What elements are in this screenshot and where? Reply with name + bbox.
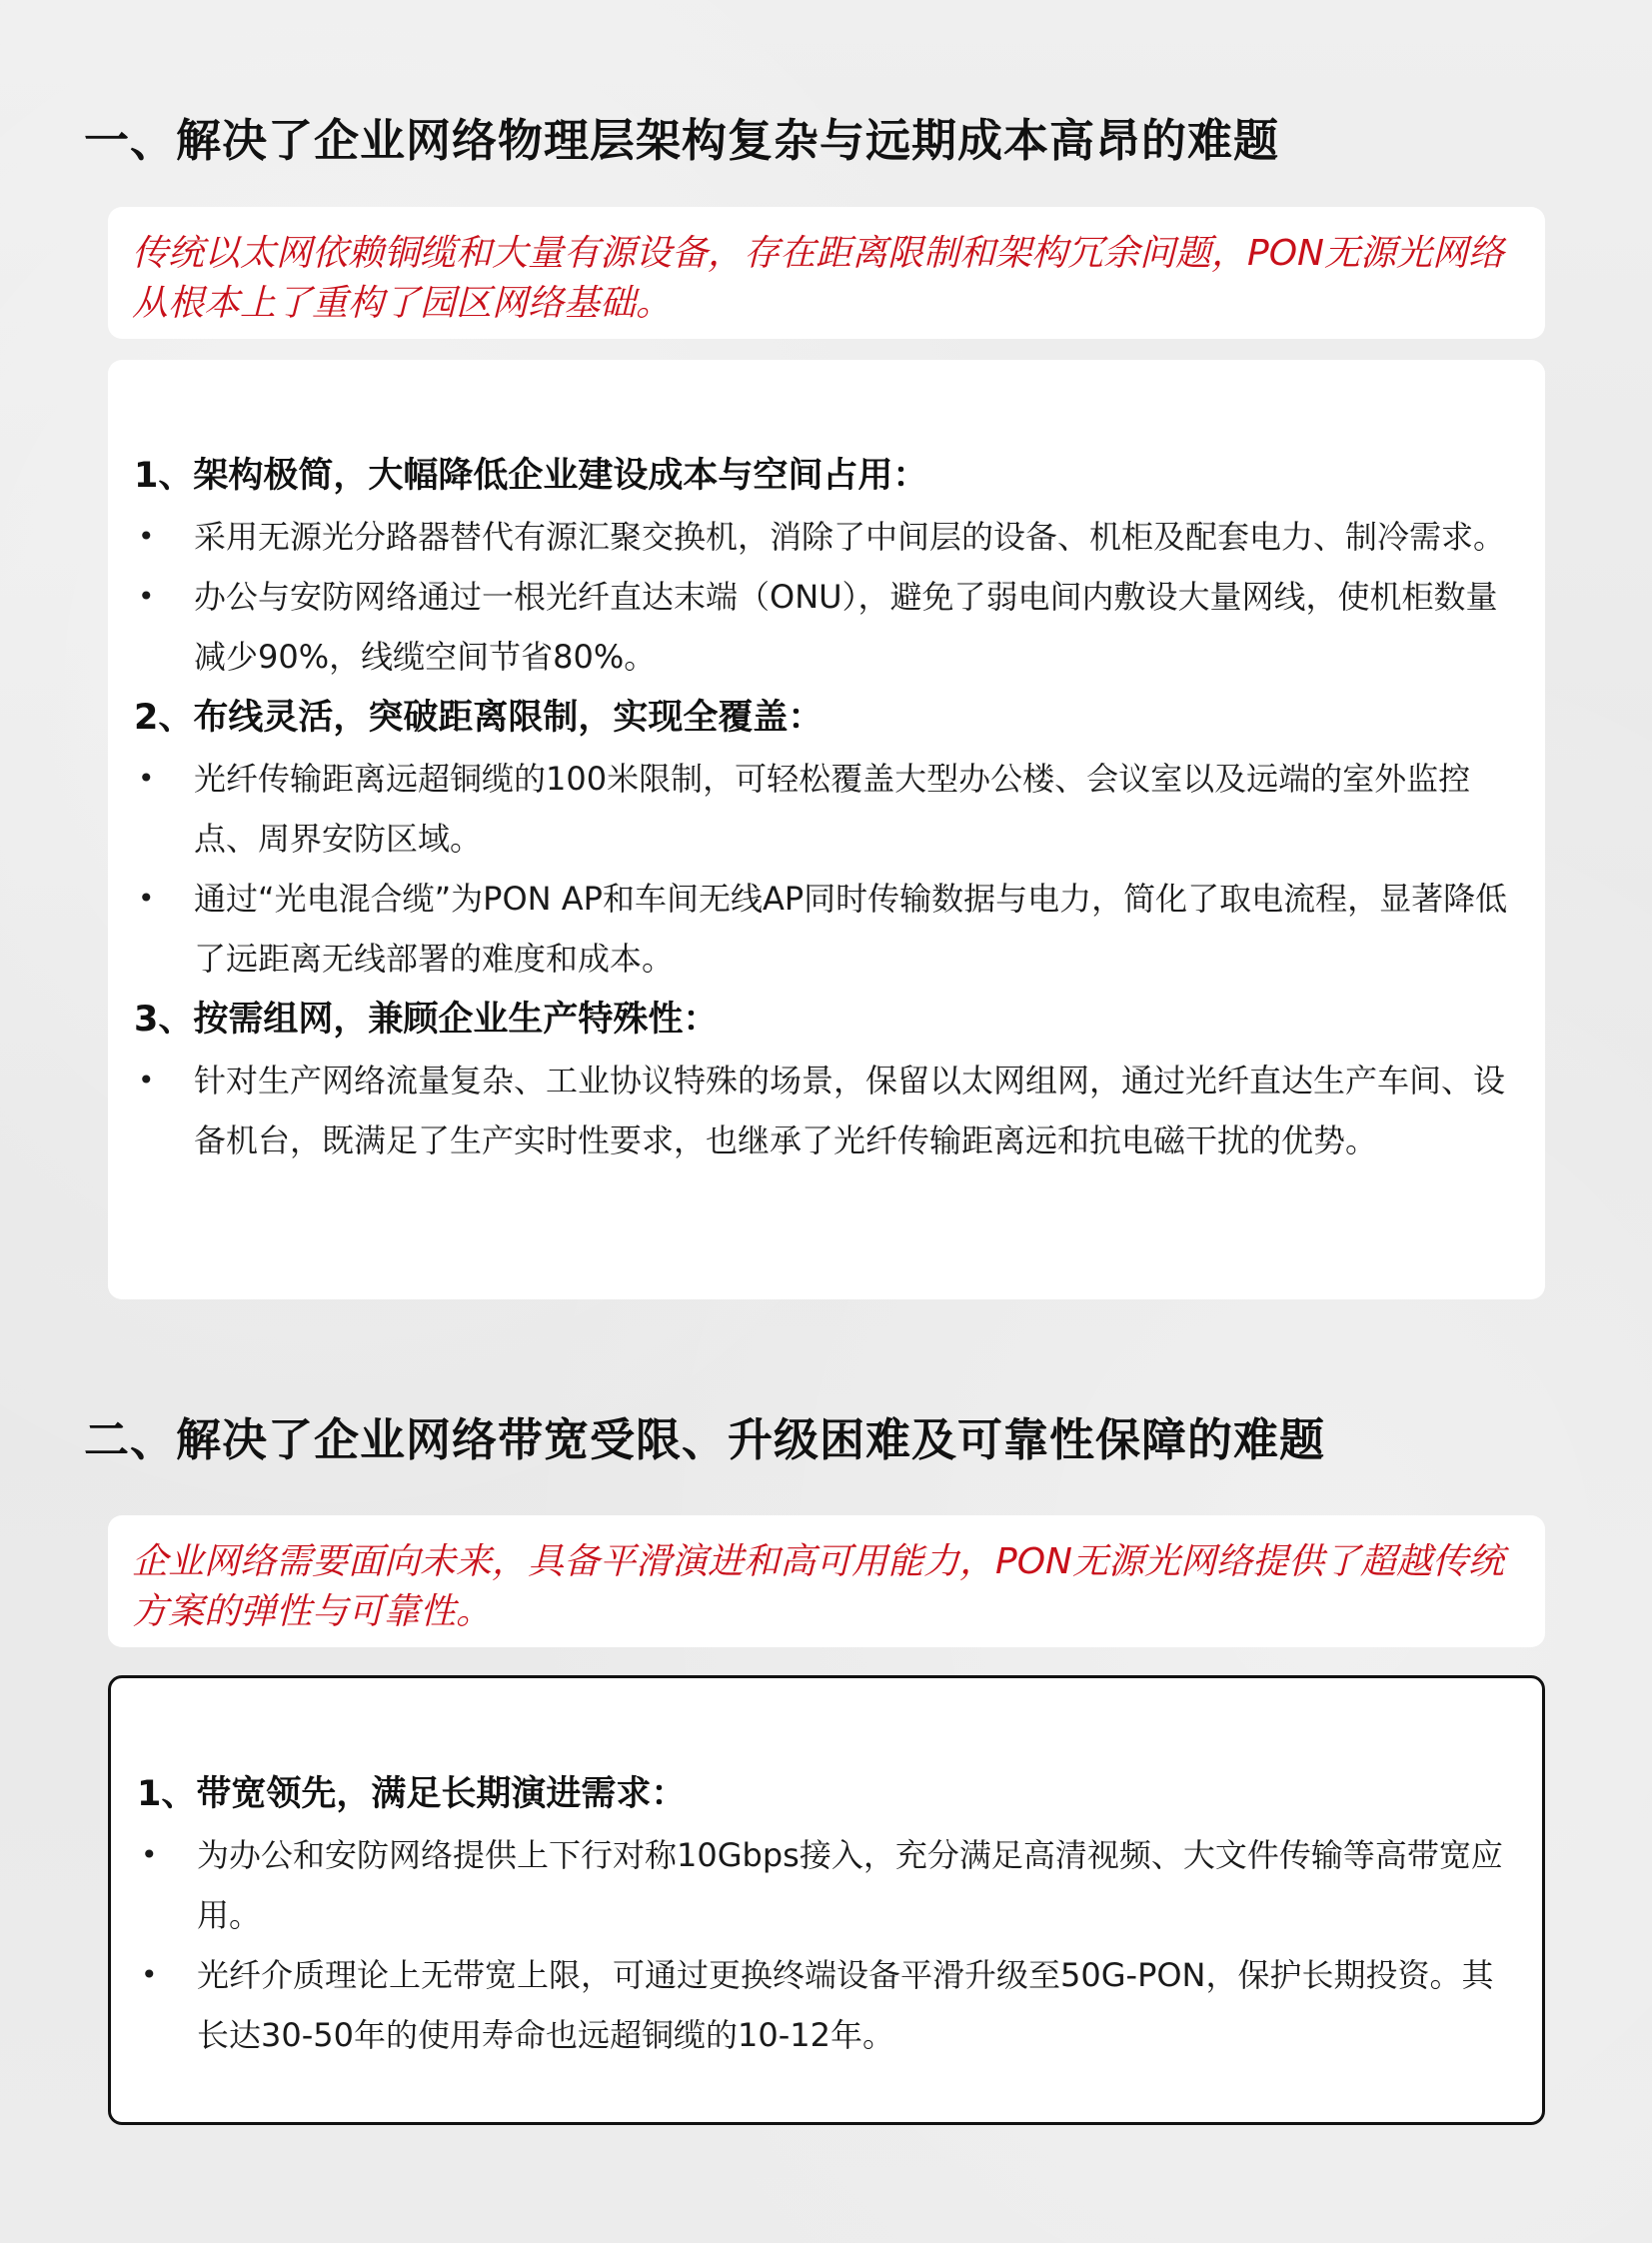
bullet-list: • 为办公和安防网络提供上下行对称10Gbps接入，充分满足高清视频、大文件传输…	[137, 1825, 1506, 2065]
bullet-icon: •	[138, 1051, 155, 1111]
list-item: • 光纤介质理论上无带宽上限，可通过更换终端设备平滑升级至50G-PON，保护长…	[137, 1945, 1506, 2065]
list-item: • 光纤传输距离远超铜缆的100米限制，可轻松覆盖大型办公楼、会议室以及远端的室…	[134, 749, 1509, 869]
section-1-detail-card: 1、架构极简，大幅降低企业建设成本与空间占用： • 采用无源光分路器替代有源汇聚…	[108, 360, 1545, 1299]
bullet-text: 光纤介质理论上无带宽上限，可通过更换终端设备平滑升级至50G-PON，保护长期投…	[197, 1956, 1494, 2054]
bullet-text: 通过“光电混合缆”为PON AP和车间无线AP同时传输数据与电力，简化了取电流程…	[194, 880, 1507, 978]
bullet-text: 光纤传输距离远超铜缆的100米限制，可轻松覆盖大型办公楼、会议室以及远端的室外监…	[194, 760, 1470, 858]
bullet-list: • 采用无源光分路器替代有源汇聚交换机，消除了中间层的设备、机柜及配套电力、制冷…	[134, 507, 1509, 687]
section-1-summary-card: 传统以太网依赖铜缆和大量有源设备，存在距离限制和架构冗余问题，PON无源光网络从…	[108, 207, 1545, 339]
list-item: • 办公与安防网络通过一根光纤直达末端（ONU），避免了弱电间内敷设大量网线，使…	[134, 567, 1509, 687]
point-heading: 1、架构极简，大幅降低企业建设成本与空间占用：	[134, 445, 1509, 507]
point-heading: 2、布线灵活，突破距离限制，实现全覆盖：	[134, 687, 1509, 749]
bullet-icon: •	[138, 869, 155, 929]
bullet-icon: •	[141, 1945, 158, 2005]
list-item: • 采用无源光分路器替代有源汇聚交换机，消除了中间层的设备、机柜及配套电力、制冷…	[134, 507, 1509, 567]
list-item: • 为办公和安防网络提供上下行对称10Gbps接入，充分满足高清视频、大文件传输…	[137, 1825, 1506, 1945]
bullet-text: 采用无源光分路器替代有源汇聚交换机，消除了中间层的设备、机柜及配套电力、制冷需求…	[194, 518, 1505, 556]
bullet-icon: •	[141, 1825, 158, 1885]
bullet-text: 针对生产网络流量复杂、工业协议特殊的场景，保留以太网组网，通过光纤直达生产车间、…	[194, 1062, 1505, 1159]
bullet-text: 为办公和安防网络提供上下行对称10Gbps接入，充分满足高清视频、大文件传输等高…	[197, 1836, 1503, 1934]
bullet-icon: •	[138, 567, 155, 627]
section-2-detail-card: 1、带宽领先，满足长期演进需求： • 为办公和安防网络提供上下行对称10Gbps…	[108, 1675, 1545, 2125]
point-heading: 1、带宽领先，满足长期演进需求：	[137, 1763, 1506, 1825]
list-item: • 通过“光电混合缆”为PON AP和车间无线AP同时传输数据与电力，简化了取电…	[134, 869, 1509, 989]
point-heading: 3、按需组网，兼顾企业生产特殊性：	[134, 989, 1509, 1051]
section-2-summary-card: 企业网络需要面向未来，具备平滑演进和高可用能力，PON无源光网络提供了超越传统方…	[108, 1515, 1545, 1647]
section-2-title: 二、解决了企业网络带宽受限、升级困难及可靠性保障的难题	[84, 1403, 1325, 1468]
bullet-list: • 针对生产网络流量复杂、工业协议特殊的场景，保留以太网组网，通过光纤直达生产车…	[134, 1051, 1509, 1170]
bullet-text: 办公与安防网络通过一根光纤直达末端（ONU），避免了弱电间内敷设大量网线，使机柜…	[194, 578, 1498, 676]
bullet-list: • 光纤传输距离远超铜缆的100米限制，可轻松覆盖大型办公楼、会议室以及远端的室…	[134, 749, 1509, 989]
section-1-summary-text: 传统以太网依赖铜缆和大量有源设备，存在距离限制和架构冗余问题，PON无源光网络从…	[132, 229, 1525, 329]
bullet-icon: •	[138, 749, 155, 809]
list-item: • 针对生产网络流量复杂、工业协议特殊的场景，保留以太网组网，通过光纤直达生产车…	[134, 1051, 1509, 1170]
bullet-icon: •	[138, 507, 155, 567]
section-2-summary-text: 企业网络需要面向未来，具备平滑演进和高可用能力，PON无源光网络提供了超越传统方…	[132, 1537, 1525, 1637]
section-1-title: 一、解决了企业网络物理层架构复杂与远期成本高昂的难题	[84, 104, 1279, 169]
